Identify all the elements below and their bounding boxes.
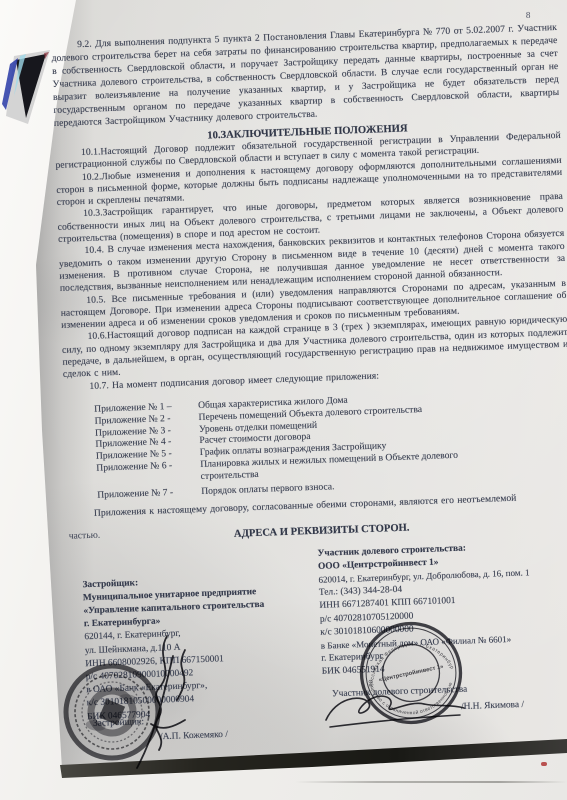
addresses-title: АДРЕСА И РЕКВИЗИТЫ СТОРОН. xyxy=(234,522,410,539)
document-content: 8 9.2. Для выполнения подпункта 5 пункта… xyxy=(50,0,567,724)
appendix-label: Приложение № 7 - xyxy=(97,485,201,501)
participant-signature-stroke xyxy=(318,690,473,738)
appendix-label: Приложение № 6 - xyxy=(96,459,201,486)
closing-paragraph-tail: частью. xyxy=(69,529,101,541)
appendices-list: Приложение № 1 – Общая характеристика жи… xyxy=(94,387,567,501)
scanner-artifact-line xyxy=(295,781,567,783)
scanned-contract-photo: { "document": { "page_number": "8", "cla… xyxy=(0,0,567,800)
page-number: 8 xyxy=(526,10,531,20)
red-ink-artifact xyxy=(541,762,547,766)
clause-9-2: 9.2. Для выполнения подпункта 5 пункта 2… xyxy=(51,21,560,130)
developer-signature-stroke xyxy=(115,628,225,773)
